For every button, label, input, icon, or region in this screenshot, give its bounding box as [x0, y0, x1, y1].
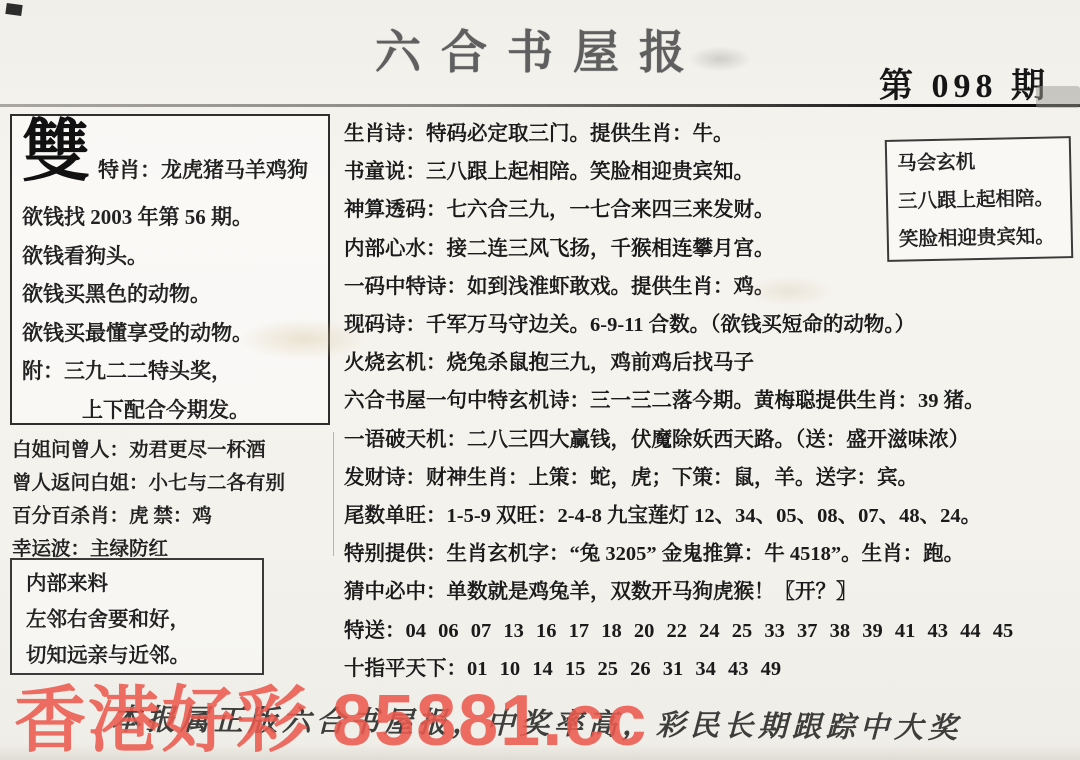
red-watermark: 香港好彩 85881.cc — [14, 662, 648, 760]
special-zodiac-lines: 欲钱找 2003 年第 56 期。 欲钱看狗头。 欲钱买黑色的动物。 欲钱买最懂… — [22, 198, 322, 429]
prediction-line: 猜中必中：单数就是鸡兔羊，双数开马狗虎猴！〖开？〗 — [344, 570, 1078, 608]
prediction-line: 火烧玄机：烧兔杀鼠抱三九，鸡前鸡后找马子 — [344, 341, 1078, 379]
left-box-line: 欲钱买黑色的动物。 — [22, 275, 322, 314]
left-box-line: 欲钱看狗头。 — [22, 237, 322, 276]
sister-notes-section: 白姐问曾人：劝君更尽一杯酒 曾人返问白姐：小七与二各有别 百分百杀肖：虎 禁：鸡… — [12, 432, 334, 556]
note-line: 百分百杀肖：虎 禁：鸡 — [12, 500, 333, 533]
insider-info-title: 内部来料 — [26, 566, 262, 602]
left-box-line: 附：三九二二特头奖， — [22, 352, 322, 391]
jockey-club-mystery-box: 马会玄机 三八跟上起相陪。 笑脸相迎贵宾知。 — [885, 136, 1074, 262]
prediction-line: 一语破天机：二八三四大赢钱，伏魔除妖西天路。（送：盛开滋味浓） — [344, 418, 1078, 456]
special-numbers-line: 特送：04 06 07 13 16 17 18 20 22 24 25 33 3… — [344, 608, 1078, 646]
left-box-line: 上下配合今期发。 — [22, 391, 322, 430]
right-box-line: 三八跟上起相陪。 — [898, 180, 1071, 222]
scan-artifact-corner — [5, 3, 22, 16]
insider-info-box: 内部来料 左邻右舍要和好， 切知远亲与近邻。 — [10, 558, 264, 675]
note-line: 曾人返问白姐：小七与二各有别 — [12, 467, 333, 500]
right-box-line: 笑脸相迎贵宾知。 — [898, 218, 1071, 260]
special-zodiac-head: 雙 特肖：龙虎猪马羊鸡狗 — [22, 120, 322, 198]
note-line: 白姐问曾人：劝君更尽一杯酒 — [12, 434, 333, 467]
prediction-line: 尾数单旺：1-5-9 双旺：2-4-8 九宝莲灯 12、34、05、08、07、… — [344, 494, 1078, 532]
issue-number: 第 098 期 — [879, 58, 1050, 107]
header-divider — [0, 104, 1080, 107]
prediction-line: 特别提供：生肖玄机字：“兔 3205” 金鬼推算：牛 4518”。生肖：跑。 — [344, 532, 1078, 570]
insider-info-line: 左邻右舍要和好， — [26, 602, 262, 638]
special-zodiac-box: 雙 特肖：龙虎猪马羊鸡狗 欲钱找 2003 年第 56 期。 欲钱看狗头。 欲钱… — [10, 114, 330, 425]
page-title: 六合书屋报 — [375, 16, 705, 82]
right-box-line: 马会玄机 — [897, 142, 1070, 184]
special-zodiac-headline: 特肖：龙虎猪马羊鸡狗 — [98, 154, 308, 184]
prediction-line: 一码中特诗：如到浅淮虾敢戏。提供生肖：鸡。 — [344, 265, 1078, 303]
prediction-line: 现码诗：千军万马守边关。6-9-11 合数。（欲钱买短命的动物。） — [344, 303, 1078, 341]
prediction-line: 发财诗：财神生肖：上策：蛇，虎；下策：鼠，羊。送字：宾。 — [344, 456, 1078, 494]
double-character: 雙 — [22, 120, 90, 185]
left-box-line: 欲钱买最懂享受的动物。 — [22, 314, 322, 353]
left-box-line: 欲钱找 2003 年第 56 期。 — [22, 198, 322, 237]
prediction-line: 六合书屋一句中特玄机诗：三一三二落今期。黄梅聪提供生肖：39 猪。 — [344, 379, 1078, 417]
